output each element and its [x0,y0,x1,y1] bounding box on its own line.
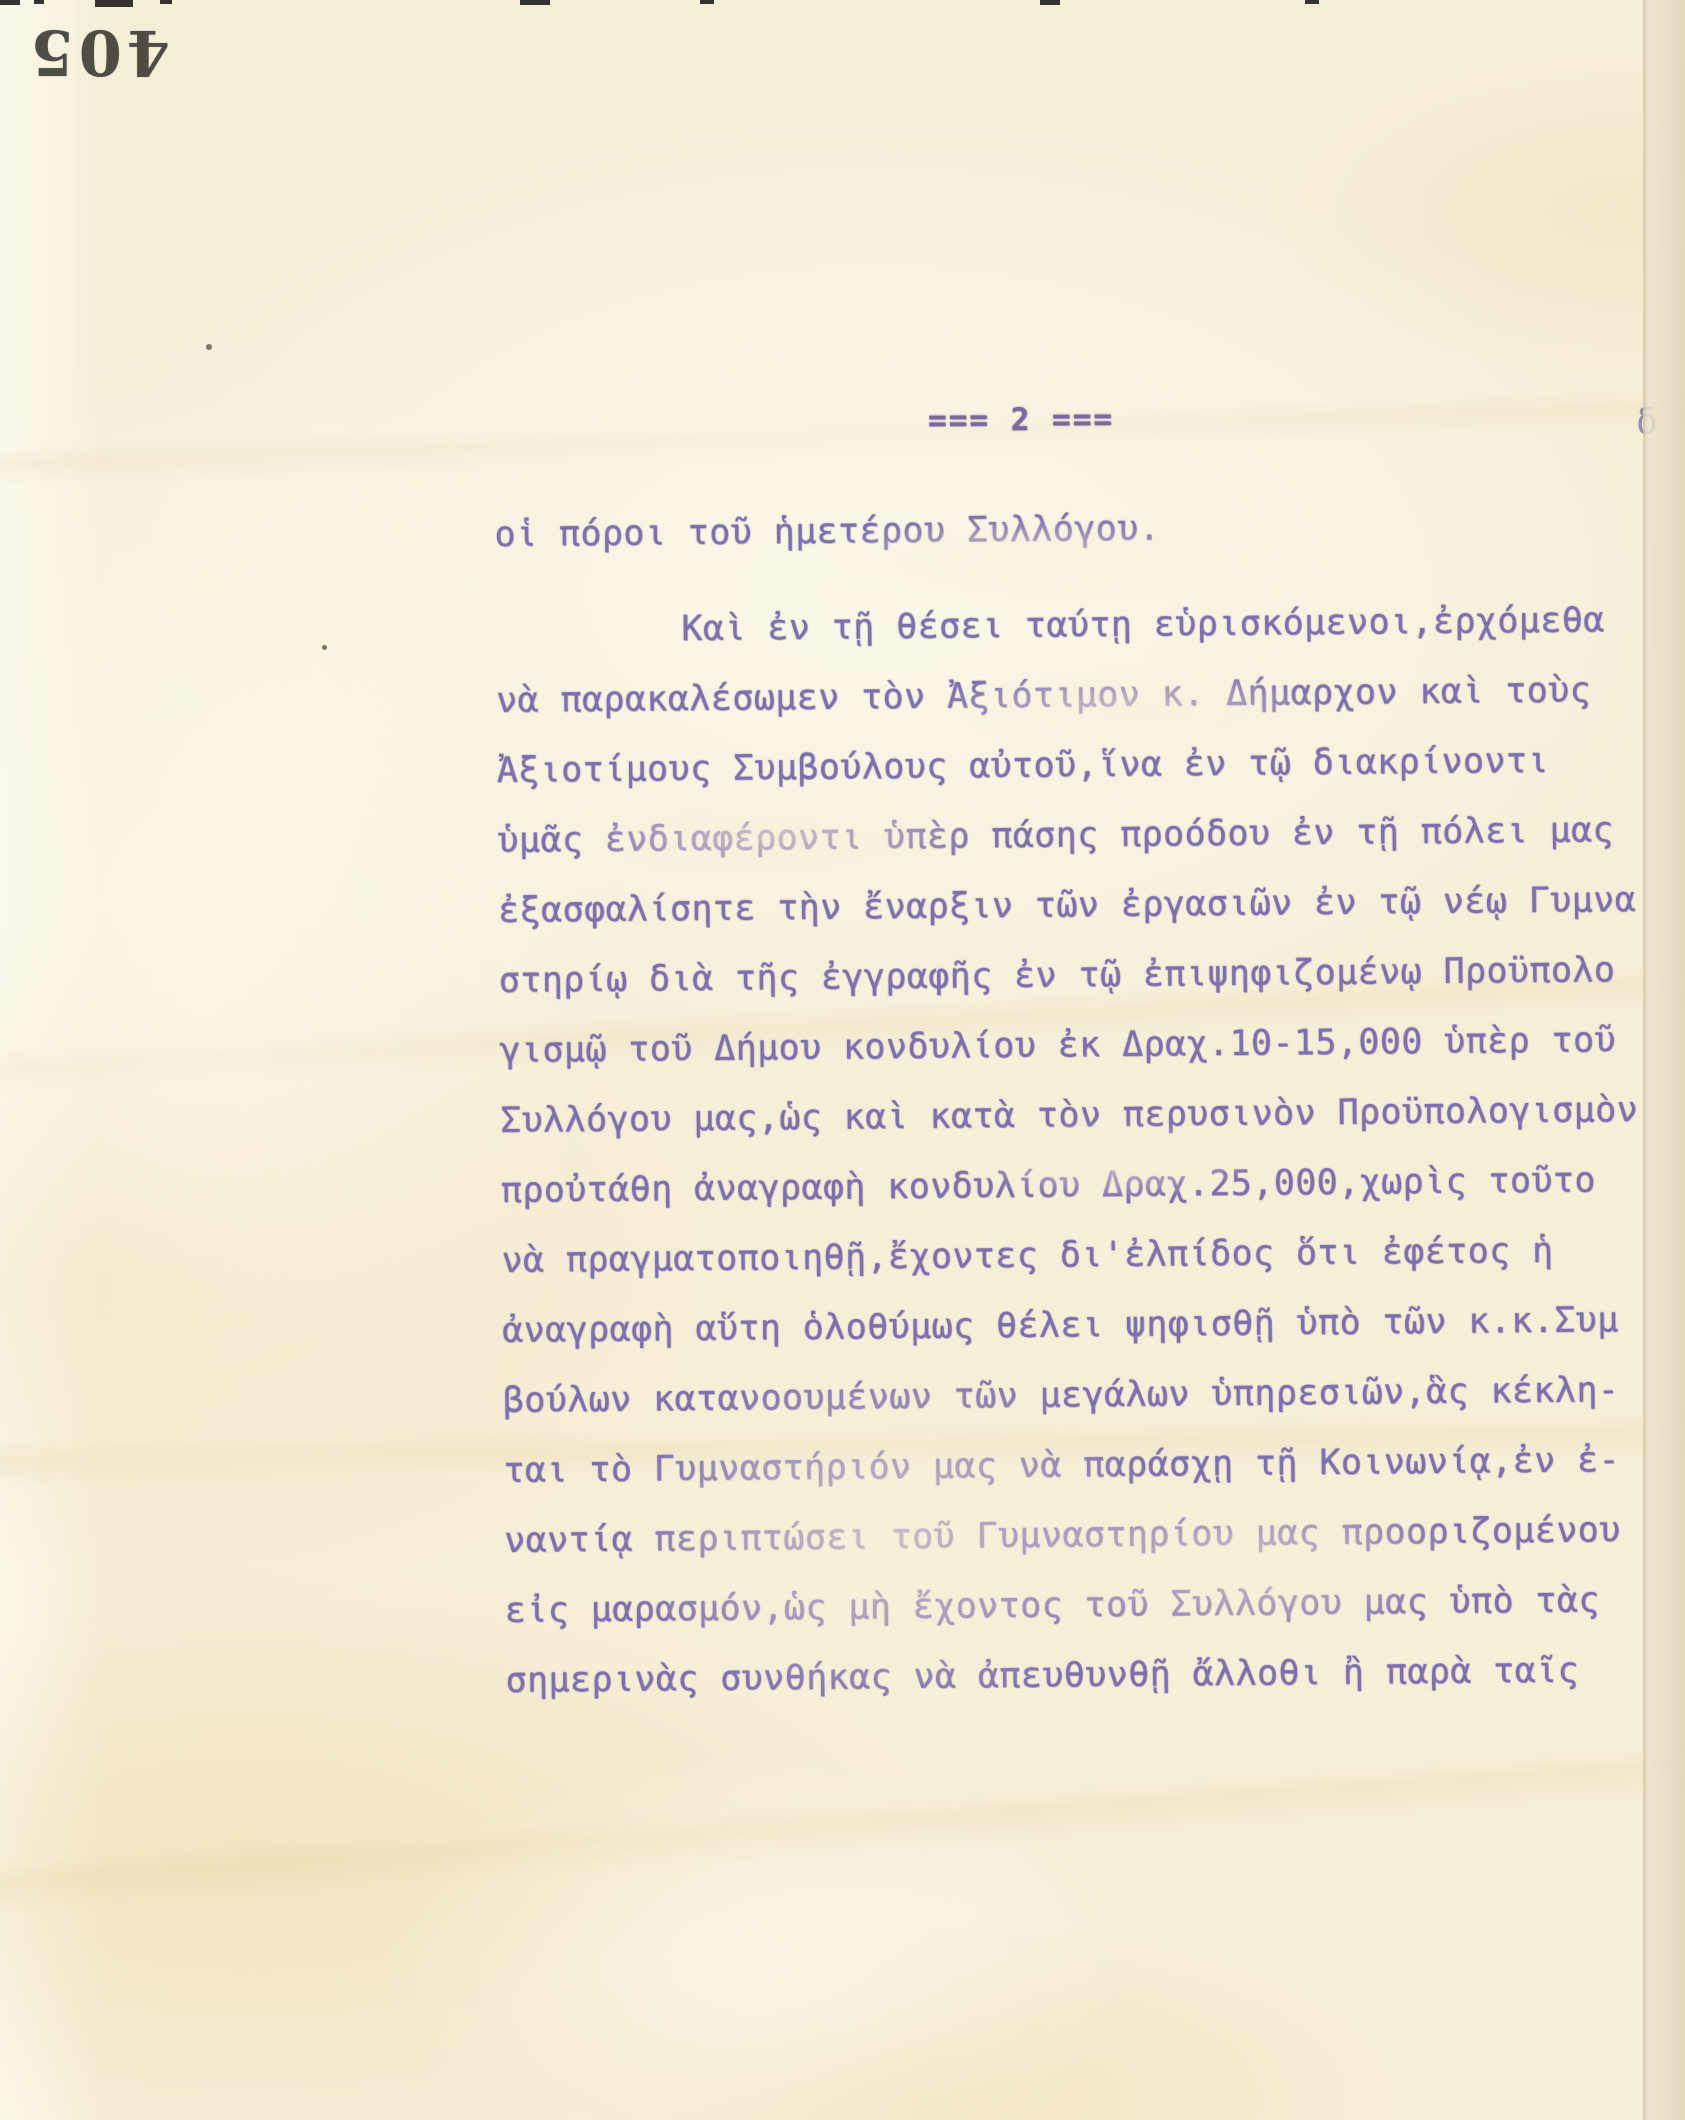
scan-edge-speck [520,0,550,5]
text-line: βούλων κατανοουμένων τῶν μεγάλων ὑπηρεσι… [502,1355,1673,1436]
text-line: οἱ πόροι τοῦ ἡμετέρου Συλλόγου. [494,489,1665,570]
scan-edge-speck [1040,0,1060,5]
text-line: σημερινὰς συνθήκας νὰ ἀπευθυνθῇ ἄλλοθι ἢ… [505,1635,1676,1716]
text-line: προὐτάθη ἀναγραφὴ κονδυλίου Δραχ.25,000,… [500,1145,1671,1226]
scan-edge-speck [1305,0,1319,4]
text-line: νὰ παρακαλέσωμεν τὸν Ἀξιότιμον κ. Δήμαρχ… [496,655,1667,736]
text-line: γισμῷ τοῦ Δήμου κονδυλίου ἐκ Δραχ.10-15,… [499,1005,1670,1086]
scan-edge-speck [0,0,20,5]
scan-edge-speck [160,0,172,4]
page-number-header: === 2 === [928,401,1114,438]
text-line: Συλλόγου μας,ὡς καὶ κατὰ τὸν περυσινὸν Π… [500,1075,1671,1156]
letter-body: οἱ πόροι τοῦ ἡμετέρου Συλλόγου. Καὶ ἐν τ… [494,489,1676,1716]
ink-dot [206,344,212,350]
scan-edge-speck [700,0,714,4]
scan-edge-speck [95,0,133,7]
text-line: ἐξασφαλίσητε τὴν ἔναρξιν τῶν ἐργασιῶν ἐν… [498,865,1669,946]
folio-number-stamp: 405 [30,16,170,89]
ink-dot [322,645,327,650]
text-line: ται τὸ Γυμναστήριόν μας νὰ παράσχῃ τῇ Κο… [503,1425,1674,1506]
text-line: νὰ πραγματοποιηθῇ,ἔχοντες δι'ἐλπίδος ὅτι… [501,1215,1672,1296]
text-line: ναντίᾳ περιπτώσει τοῦ Γυμναστηρίου μας π… [504,1495,1675,1576]
text-line: εἰς μαρασμόν,ὡς μὴ ἔχοντος τοῦ Συλλόγου … [504,1565,1675,1646]
scanned-letter-page: 405 === 2 === δ οἱ πόροι τοῦ ἡμετέρου Συ… [0,0,1685,2120]
text-line: ἀναγραφὴ αὕτη ὁλοθύμως θέλει ψηφισθῇ ὑπὸ… [502,1285,1673,1366]
text-line: ὑμᾶς ἐνδιαφέροντι ὑπὲρ πάσης προόδου ἐν … [497,795,1668,876]
text-line: στηρίῳ διὰ τῆς ἐγγραφῆς ἐν τῷ ἐπιψηφιζομ… [498,935,1669,1016]
text-line: Ἀξιοτίμους Συμβούλους αὐτοῦ,ἵνα ἐν τῷ δι… [496,725,1667,806]
scan-edge-speck [34,0,44,4]
text-line: Καὶ ἐν τῇ θέσει ταύτῃ εὑρισκόμενοι,ἐρχόμ… [495,585,1666,666]
page-edge [1643,0,1685,2120]
